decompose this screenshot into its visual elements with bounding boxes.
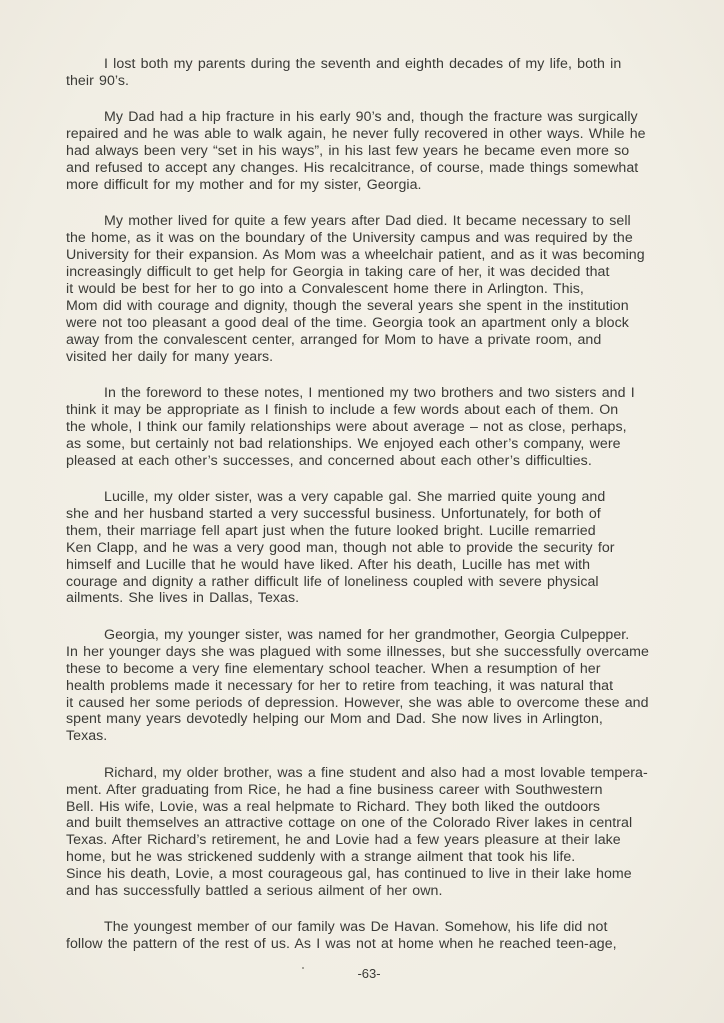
paragraph-dad: My Dad had a hip fracture in his early 9… [66, 109, 706, 194]
text-line: courage and dignity a rather difficult l… [66, 574, 706, 591]
text-line: repaired and he was able to walk again, … [66, 126, 706, 143]
text-line: them, their marriage fell apart just whe… [66, 523, 706, 540]
text-line: Texas. [66, 728, 706, 745]
text-line: as some, but certainly not bad relations… [66, 436, 706, 453]
paragraph-foreword: In the foreword to these notes, I mentio… [66, 385, 706, 470]
text-line: and has successfully battled a serious a… [66, 883, 706, 900]
text-line: she and her husband started a very succe… [66, 506, 706, 523]
text-line: the whole, I think our family relationsh… [66, 419, 706, 436]
text-line: In the foreword to these notes, I mentio… [66, 385, 706, 402]
text-line: Lucille, my older sister, was a very cap… [66, 489, 706, 506]
paragraph-georgia: Georgia, my younger sister, was named fo… [66, 627, 706, 745]
text-line: Richard, my older brother, was a fine st… [66, 765, 706, 782]
text-line: The youngest member of our family was De… [66, 919, 706, 936]
text-line: I lost both my parents during the sevent… [66, 56, 706, 73]
document-page: I lost both my parents during the sevent… [0, 0, 724, 1023]
text-line: Texas. After Richard’s retirement, he an… [66, 832, 706, 849]
text-line: follow the pattern of the rest of us. As… [66, 936, 706, 953]
text-line: University for their expansion. As Mom w… [66, 247, 706, 264]
text-line: were not too pleasant a good deal of the… [66, 315, 706, 332]
text-line: ment. After graduating from Rice, he had… [66, 782, 706, 799]
paragraph-parents: I lost both my parents during the sevent… [66, 56, 706, 90]
text-line: visited her daily for many years. [66, 349, 706, 366]
text-line: My mother lived for quite a few years af… [66, 213, 706, 230]
body-text: I lost both my parents during the sevent… [66, 56, 706, 973]
text-line: the home, as it was on the boundary of t… [66, 230, 706, 247]
text-line: Mom did with courage and dignity, though… [66, 298, 706, 315]
text-line: Ken Clapp, and he was a very good man, t… [66, 540, 706, 557]
text-line: ailments. She lives in Dallas, Texas. [66, 590, 706, 607]
text-line: had always been very “set in his ways”, … [66, 143, 706, 160]
text-line: it caused her some periods of depression… [66, 695, 706, 712]
text-line: Bell. His wife, Lovie, was a real helpma… [66, 799, 706, 816]
paragraph-lucille: Lucille, my older sister, was a very cap… [66, 489, 706, 607]
page-number: -63- [0, 966, 724, 981]
text-line: and refused to accept any changes. His r… [66, 160, 706, 177]
text-line: their 90’s. [66, 73, 706, 90]
paragraph-richard: Richard, my older brother, was a fine st… [66, 765, 706, 900]
text-line: My Dad had a hip fracture in his early 9… [66, 109, 706, 126]
text-line: increasingly difficult to get help for G… [66, 264, 706, 281]
text-line: Since his death, Lovie, a most courageou… [66, 866, 706, 883]
text-line: health problems made it necessary for he… [66, 678, 706, 695]
paragraph-mother: My mother lived for quite a few years af… [66, 213, 706, 365]
paragraph-dehavan: The youngest member of our family was De… [66, 919, 706, 953]
text-line: Georgia, my younger sister, was named fo… [66, 627, 706, 644]
text-line: away from the convalescent center, arran… [66, 332, 706, 349]
text-line: spent many years devotedly helping our M… [66, 711, 706, 728]
text-line: think it may be appropriate as I finish … [66, 402, 706, 419]
text-line: himself and Lucille that he would have l… [66, 557, 706, 574]
text-line: it would be best for her to go into a Co… [66, 281, 706, 298]
text-line: more difficult for my mother and for my … [66, 177, 706, 194]
text-line: In her younger days she was plagued with… [66, 644, 706, 661]
text-line: and built themselves an attractive cotta… [66, 815, 706, 832]
text-line: pleased at each other’s successes, and c… [66, 453, 706, 470]
text-line: these to become a very fine elementary s… [66, 661, 706, 678]
text-line: home, but he was strickened suddenly wit… [66, 849, 706, 866]
